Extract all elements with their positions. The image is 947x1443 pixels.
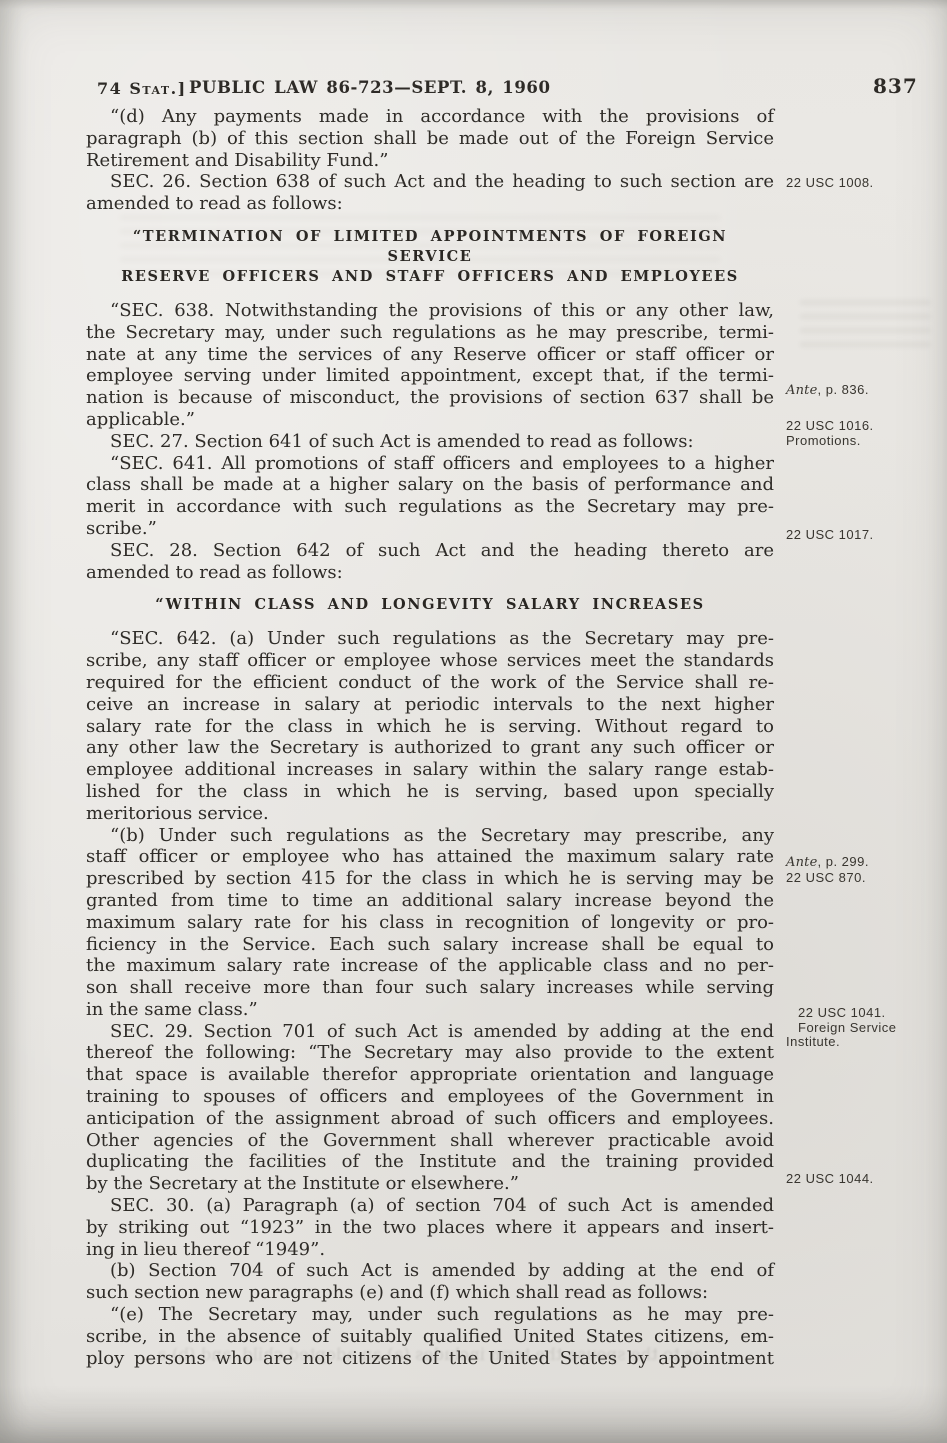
- margin-note: 22 USC 1044.: [786, 1172, 946, 1187]
- text-line: staff officer or employee who has attain…: [86, 846, 774, 868]
- statute-paragraph: “(b) Under such regulations as the Secre…: [86, 825, 774, 1021]
- margin-note: 22 USC 1008.: [786, 176, 946, 191]
- text-line: ing in lieu thereof “1949”.: [86, 1239, 774, 1261]
- statute-paragraph: (b) Section 704 of such Act is amended b…: [86, 1260, 774, 1304]
- text-line: employee serving under limited appointme…: [86, 365, 774, 387]
- margin-note-line: 22 USC 1044.: [786, 1172, 946, 1187]
- statute-paragraph: “SEC. 642. (a) Under such regulations as…: [86, 628, 774, 824]
- text-line: prescribed by section 415 for the class …: [86, 868, 774, 890]
- margin-note-line: 22 USC 870.: [786, 871, 946, 886]
- text-line: by the Secretary at the Institute or els…: [86, 1173, 774, 1195]
- text-line: amended to read as follows:: [86, 193, 774, 215]
- text-line: the Secretary may, under such regulation…: [86, 322, 774, 344]
- text-line: the maximum salary rate increase of the …: [86, 955, 774, 977]
- margin-note-line: 22 USC 1016.: [786, 419, 946, 434]
- header-page-number: 837: [873, 74, 918, 98]
- margin-note-text: Promotions.: [786, 433, 861, 448]
- statute-paragraph: SEC. 26. Section 638 of such Act and the…: [86, 171, 774, 215]
- text-line: required for the efficient conduct of th…: [86, 672, 774, 694]
- text-line: granted from time to time an additional …: [86, 890, 774, 912]
- text-line: thereof the following: “The Secretary ma…: [86, 1042, 774, 1064]
- statute-paragraph: SEC. 30. (a) Paragraph (a) of section 70…: [86, 1195, 774, 1260]
- text-line: merit in accordance with such regulation…: [86, 496, 774, 518]
- text-line: paragraph (b) of this section shall be m…: [86, 128, 774, 150]
- margin-note-italic: Ante: [786, 855, 817, 870]
- margin-note: 22 USC 1016.Promotions.: [786, 419, 946, 448]
- statute-paragraph: “SEC. 638. Notwithstanding the provision…: [86, 300, 774, 431]
- statute-paragraph: SEC. 28. Section 642 of such Act and the…: [86, 540, 774, 584]
- text-line: “SEC. 638. Notwithstanding the provision…: [86, 300, 774, 322]
- margin-note-italic: Ante: [786, 383, 817, 398]
- text-line: employee additional increases in salary …: [86, 759, 774, 781]
- margin-note-line: Ante, p. 836.: [786, 383, 946, 399]
- text-line: ceive an increase in salary at periodic …: [86, 694, 774, 716]
- margin-note-line: Promotions.: [786, 434, 946, 449]
- text-line: Retirement and Disability Fund.”: [86, 150, 774, 172]
- text-line: in the same class.”: [86, 999, 774, 1021]
- margin-note-text: , p. 299.: [817, 854, 868, 869]
- text-line: any other law the Secretary is authorize…: [86, 737, 774, 759]
- text-line: anticipation of the assignment abroad of…: [86, 1108, 774, 1130]
- statute-paragraph: SEC. 29. Section 701 of such Act is amen…: [86, 1021, 774, 1195]
- section-heading: “WITHIN CLASS AND LONGEVITY SALARY INCRE…: [86, 595, 774, 615]
- margin-note-text: Institute.: [786, 1034, 840, 1049]
- text-line: class shall be made at a higher salary o…: [86, 474, 774, 496]
- text-line: applicable.”: [86, 409, 774, 431]
- showthrough-smudge: [120, 215, 720, 285]
- text-line: SEC. 29. Section 701 of such Act is amen…: [86, 1021, 774, 1043]
- text-line: nate at any time the services of any Res…: [86, 344, 774, 366]
- heading-line: “WITHIN CLASS AND LONGEVITY SALARY INCRE…: [86, 595, 774, 615]
- text-line: “(e) The Secretary may, under such regul…: [86, 1304, 774, 1326]
- text-line: SEC. 28. Section 642 of such Act and the…: [86, 540, 774, 562]
- showthrough-smudge: [800, 300, 930, 352]
- text-line: SEC. 30. (a) Paragraph (a) of section 70…: [86, 1195, 774, 1217]
- text-line: such section new paragraphs (e) and (f) …: [86, 1282, 774, 1304]
- text-line: meritorious service.: [86, 803, 774, 825]
- statute-page: 74 Stat.] PUBLIC LAW 86-723—SEPT. 8, 196…: [0, 0, 947, 1443]
- margin-note-line: 22 USC 1017.: [786, 528, 946, 543]
- margin-note-text: 22 USC 870.: [786, 870, 866, 885]
- margin-note-text: 22 USC 1008.: [786, 175, 874, 190]
- text-line: (b) Section 704 of such Act is amended b…: [86, 1260, 774, 1282]
- statute-paragraph: “SEC. 641. All promotions of staff offic…: [86, 453, 774, 540]
- statute-paragraph: SEC. 27. Section 641 of such Act is amen…: [86, 431, 774, 453]
- margin-note-line: Ante, p. 299.: [786, 855, 946, 871]
- margin-note-text: 22 USC 1016.: [786, 418, 874, 433]
- text-line: “(d) Any payments made in accordance wit…: [86, 106, 774, 128]
- margin-note: 22 USC 1041.Foreign ServiceInstitute.: [786, 1006, 946, 1050]
- margin-note-line: Foreign Service: [786, 1021, 946, 1036]
- margin-note-text: Foreign Service: [798, 1020, 897, 1035]
- ghost-showthrough-text: as to the spouse the term includes (a) a…: [88, 1345, 772, 1364]
- text-line: that space is available therefor appropr…: [86, 1064, 774, 1086]
- margin-note-line: Institute.: [786, 1035, 946, 1050]
- margin-note-line: 22 USC 1041.: [786, 1006, 946, 1021]
- margin-note-text: 22 USC 1044.: [786, 1171, 874, 1186]
- header-law-title: PUBLIC LAW 86-723—SEPT. 8, 1960: [189, 78, 551, 97]
- text-line: lished for the class in which he is serv…: [86, 781, 774, 803]
- margin-note-line: 22 USC 1008.: [786, 176, 946, 191]
- header-volume-ref: 74 Stat.]: [97, 79, 187, 98]
- text-line: SEC. 27. Section 641 of such Act is amen…: [86, 431, 774, 453]
- text-line: “(b) Under such regulations as the Secre…: [86, 825, 774, 847]
- text-line: ficiency in the Service. Each such salar…: [86, 934, 774, 956]
- text-line: duplicating the facilities of the Instit…: [86, 1151, 774, 1173]
- margin-note-text: 22 USC 1041.: [798, 1005, 886, 1020]
- margin-note: 22 USC 1017.: [786, 528, 946, 543]
- margin-note: Ante, p. 299.22 USC 870.: [786, 855, 946, 885]
- margin-note-text: 22 USC 1017.: [786, 527, 874, 542]
- text-line: Other agencies of the Government shall w…: [86, 1130, 774, 1152]
- text-line: nation is because of misconduct, the pro…: [86, 387, 774, 409]
- text-line: scribe, any staff officer or employee wh…: [86, 650, 774, 672]
- margin-note: Ante, p. 836.: [786, 383, 946, 399]
- margin-note-text: , p. 836.: [817, 382, 868, 397]
- text-line: amended to read as follows:: [86, 562, 774, 584]
- text-line: son shall receive more than four such sa…: [86, 977, 774, 999]
- text-line: training to spouses of officers and empl…: [86, 1086, 774, 1108]
- text-line: by striking out “1923” in the two places…: [86, 1217, 774, 1239]
- text-line: “SEC. 641. All promotions of staff offic…: [86, 453, 774, 475]
- text-line: scribe.”: [86, 518, 774, 540]
- statute-paragraph: “(d) Any payments made in accordance wit…: [86, 106, 774, 171]
- text-line: SEC. 26. Section 638 of such Act and the…: [86, 171, 774, 193]
- text-line: maximum salary rate for his class in rec…: [86, 912, 774, 934]
- text-line: salary rate for the class in which he is…: [86, 716, 774, 738]
- text-line: “SEC. 642. (a) Under such regulations as…: [86, 628, 774, 650]
- body-column: “(d) Any payments made in accordance wit…: [86, 106, 774, 1369]
